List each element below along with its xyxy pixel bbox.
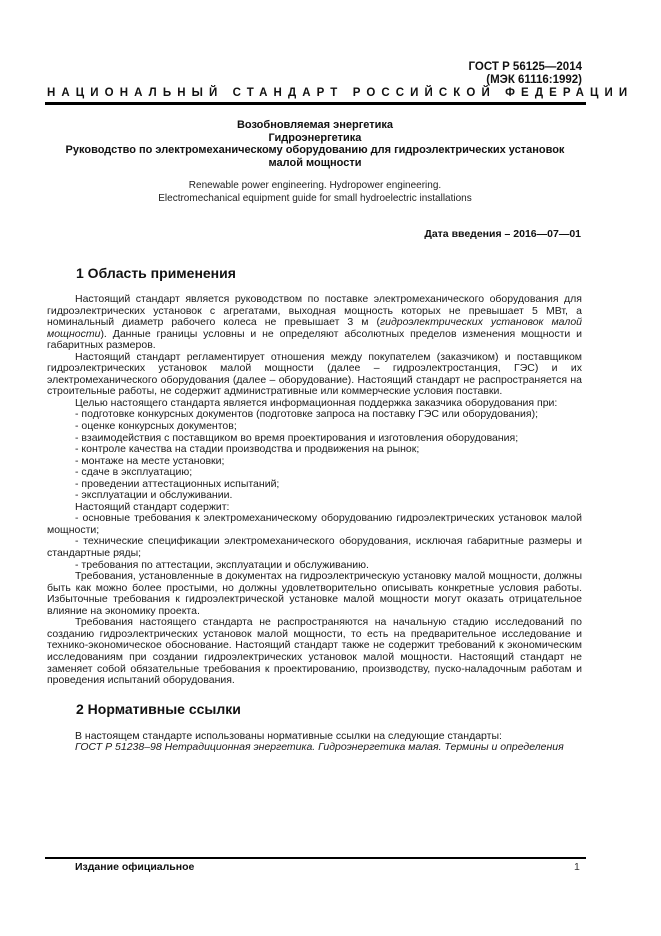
iec-code: (МЭК 61116:1992) <box>469 74 582 87</box>
document-page: ГОСТ Р 56125—2014 (МЭК 61116:1992) НАЦИО… <box>0 0 661 936</box>
list-item: - основные требования к электромеханичес… <box>47 513 582 536</box>
national-standard-title: НАЦИОНАЛЬНЫЙ СТАНДАРТ РОССИЙСКОЙ ФЕДЕРАЦ… <box>47 87 585 99</box>
section-heading-normative-references: 2 Нормативные ссылки <box>47 701 582 718</box>
title-line: Возобновляемая энергетика <box>47 119 583 132</box>
section-heading-scope: 1 Область применения <box>47 265 582 282</box>
paragraph: Настоящий стандарт является руководством… <box>47 294 582 352</box>
title-line-en: Electromechanical equipment guide for sm… <box>47 193 583 206</box>
document-title-en: Renewable power engineering. Hydropower … <box>47 180 583 205</box>
list-item: - технические спецификации электромехани… <box>47 536 582 559</box>
title-line: Руководство по электромеханическому обор… <box>47 144 583 157</box>
title-line: малой мощности <box>47 157 583 170</box>
reference-item: ГОСТ Р 51238–98 Нетрадиционная энергетик… <box>47 742 582 754</box>
list-item: - контроле качества на стадии производст… <box>47 444 582 456</box>
paragraph: Настоящий стандарт регламентирует отноше… <box>47 352 582 398</box>
standard-code: ГОСТ Р 56125—2014 <box>469 61 582 74</box>
paragraph: Требования, установленные в документах н… <box>47 571 582 617</box>
paragraph: Требования настоящего стандарта не распр… <box>47 617 582 686</box>
introduction-date: Дата введения – 2016—07—01 <box>424 228 581 240</box>
official-edition-label: Издание официальное <box>75 861 194 873</box>
document-body: 1 Область применения Настоящий стандарт … <box>47 265 582 754</box>
list-item: - оценке конкурсных документов; <box>47 421 582 433</box>
footer-rule <box>45 857 586 859</box>
title-line-en: Renewable power engineering. Hydropower … <box>47 180 583 193</box>
document-title-ru: Возобновляемая энергетика Гидроэнергетик… <box>47 119 583 170</box>
title-line: Гидроэнергетика <box>47 132 583 145</box>
header-rule <box>45 102 586 105</box>
page-number: 1 <box>574 861 580 873</box>
paragraph-text: ). Данные границы условны и не определяю… <box>47 328 582 352</box>
standard-code-block: ГОСТ Р 56125—2014 (МЭК 61116:1992) <box>469 61 582 87</box>
